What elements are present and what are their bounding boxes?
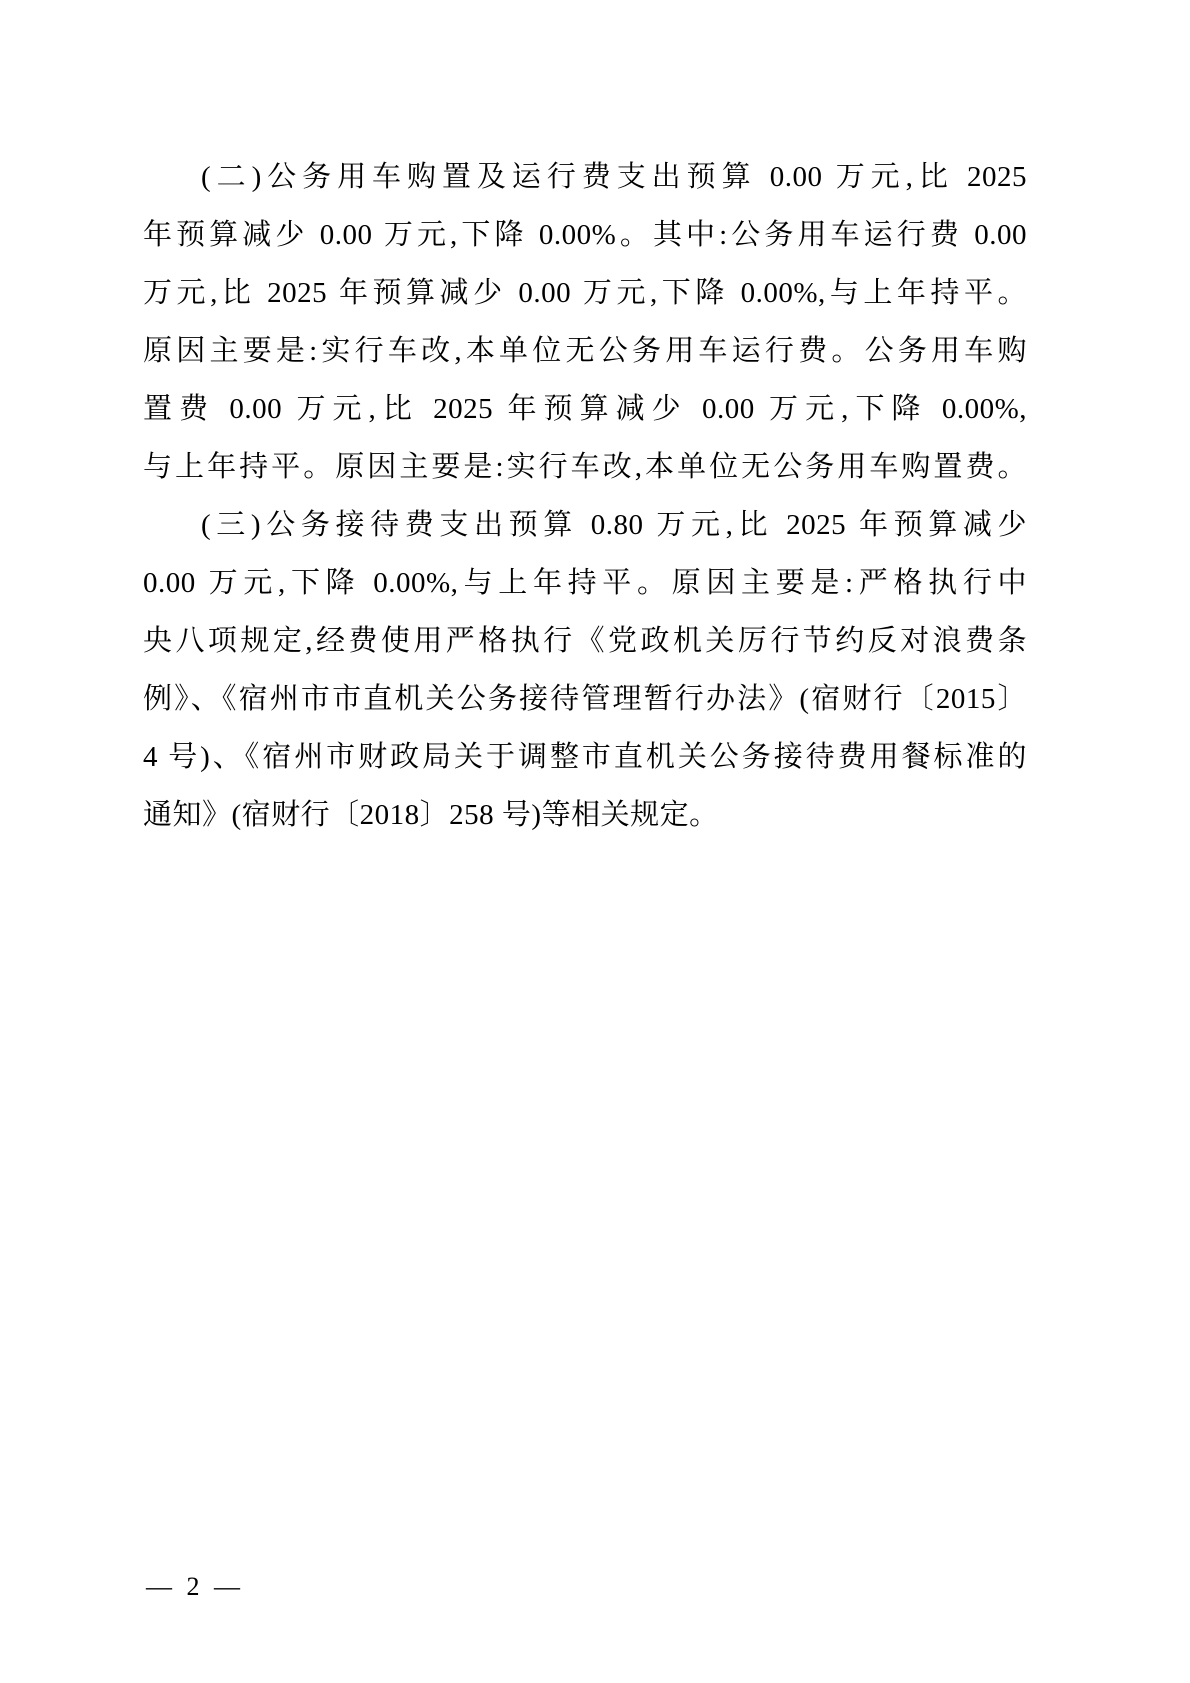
body-line: 万元,比 2025 年预算减少 0.00 万元,下降 0.00%,与上年持平。 [143,264,1027,322]
paragraph-official-vehicle: (二)公务用车购置及运行费支出预算 0.00 万元,比 2025 年预算减少 0… [143,148,1027,496]
body-line: (三)公务接待费支出预算 0.80 万元,比 2025 年预算减少 [143,496,1027,554]
paragraph-official-reception: (三)公务接待费支出预算 0.80 万元,比 2025 年预算减少 0.00 万… [143,496,1027,844]
body-line: 与上年持平。原因主要是:实行车改,本单位无公务用车购置费。 [143,438,1027,496]
document-page: (二)公务用车购置及运行费支出预算 0.00 万元,比 2025 年预算减少 0… [0,0,1190,1683]
body-line: 央八项规定,经费使用严格执行《党政机关厉行节约反对浪费条 [143,612,1027,670]
body-line: 原因主要是:实行车改,本单位无公务用车运行费。公务用车购 [143,322,1027,380]
document-body-text: (二)公务用车购置及运行费支出预算 0.00 万元,比 2025 年预算减少 0… [143,148,1027,844]
body-line: 置费 0.00 万元,比 2025 年预算减少 0.00 万元,下降 0.00%… [143,380,1027,438]
body-line: 4 号)、《宿州市财政局关于调整市直机关公务接待费用餐标准的 [143,728,1027,786]
page-footer: — 2 — [146,1570,446,1604]
body-line: (二)公务用车购置及运行费支出预算 0.00 万元,比 2025 [143,148,1027,206]
body-line: 年预算减少 0.00 万元,下降 0.00%。其中:公务用车运行费 0.00 [143,206,1027,264]
body-line: 通知》(宿财行〔2018〕258 号)等相关规定。 [143,786,1027,844]
body-line: 例》、《宿州市市直机关公务接待管理暂行办法》(宿财行〔2015〕 [143,670,1027,728]
page-number: — 2 — [146,1572,244,1601]
body-line: 0.00 万元,下降 0.00%,与上年持平。原因主要是:严格执行中 [143,554,1027,612]
